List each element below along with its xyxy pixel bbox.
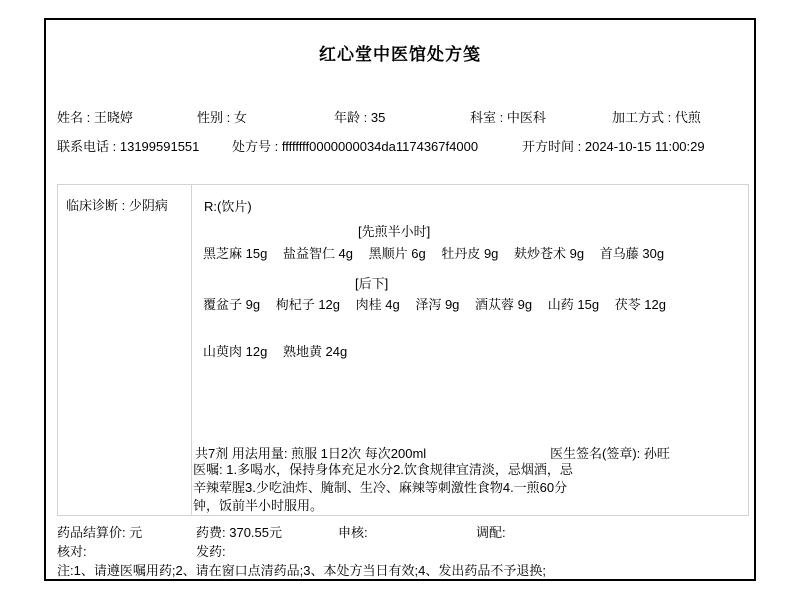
patient-gender-value: 女 <box>234 110 247 125</box>
dispense-label: 发药: <box>196 544 226 559</box>
herb-item: 茯苓 12g <box>615 297 666 312</box>
prepare-label: 调配: <box>476 525 506 540</box>
issue-time-value: 2024-10-15 11:00:29 <box>585 139 705 154</box>
medicine-fee-label: 药费: <box>196 525 229 540</box>
patient-name-value: 王晓婷 <box>94 110 133 125</box>
prepare-field: 调配: <box>476 522 506 541</box>
medical-advice-line: 钟，饭前半小时服用。 <box>193 497 663 515</box>
separator: : <box>574 139 585 154</box>
prescription-number-value: ffffffff0000000034da1174367f4000 <box>282 139 478 154</box>
decoct-first-tag: [先煎半小时] <box>358 221 430 240</box>
separator: : <box>496 110 507 125</box>
separator: : <box>360 110 371 125</box>
rx-header: R:(饮片) <box>204 196 252 215</box>
column-divider <box>191 185 192 515</box>
footnote: 注:1、请遵医嘱用药;2、请在窗口点清药品;3、本处方当日有效;4、发出药品不予… <box>57 560 546 579</box>
herb-line-3: 山萸肉 12g 熟地黄 24g <box>203 341 359 360</box>
herb-item: 山萸肉 12g <box>203 344 267 359</box>
medicine-fee: 药费: 370.55元 <box>196 522 282 541</box>
separator: : <box>664 110 675 125</box>
settlement-price: 药品结算价: 元 <box>57 522 142 541</box>
dispense-field: 发药: <box>196 541 226 560</box>
patient-gender: 性别 : 女 <box>197 107 247 126</box>
herb-item: 黑顺片 6g <box>369 246 426 261</box>
review-label: 申核: <box>338 525 368 540</box>
separator: : <box>83 110 94 125</box>
herb-item: 泽泻 9g <box>415 297 459 312</box>
patient-name-label: 姓名 <box>57 110 83 125</box>
usage-instructions: 共7剂 用法用量: 煎服 1日2次 每次200ml <box>195 443 426 462</box>
herb-item: 牡丹皮 9g <box>441 246 498 261</box>
prescription-number-label: 处方号 <box>232 139 271 154</box>
patient-department-value: 中医科 <box>507 110 546 125</box>
clinical-diagnosis: 临床诊断 : 少阴病 <box>66 195 168 214</box>
doctor-signature-value: 孙旺 <box>644 446 670 461</box>
separator: : <box>118 198 129 213</box>
verify-field: 核对: <box>57 541 87 560</box>
herb-item: 酒苁蓉 9g <box>475 297 532 312</box>
herb-item: 枸杞子 12g <box>276 297 340 312</box>
review-field: 申核: <box>338 522 368 541</box>
prescription-sheet: 红心堂中医馆处方笺 姓名 : 王晓婷 性别 : 女 年龄 : 35 科室 : 中… <box>44 18 756 581</box>
settlement-price-value: 元 <box>129 525 142 540</box>
patient-age-value: 35 <box>371 110 385 125</box>
herb-item: 黑芝麻 15g <box>203 246 267 261</box>
herb-item: 肉桂 4g <box>356 297 400 312</box>
herb-item: 山药 15g <box>548 297 599 312</box>
processing-method-label: 加工方式 <box>612 110 664 125</box>
prescription-page: 红心堂中医馆处方笺 姓名 : 王晓婷 性别 : 女 年龄 : 35 科室 : 中… <box>0 0 800 600</box>
settlement-price-label: 药品结算价: <box>57 525 129 540</box>
herb-line-2: 覆盆子 9g 枸杞子 12g 肉桂 4g 泽泻 9g 酒苁蓉 9g 山药 15g… <box>203 294 678 313</box>
clinical-diagnosis-value: 少阴病 <box>129 198 168 213</box>
separator: : <box>109 139 120 154</box>
issue-time-label: 开方时间 <box>522 139 574 154</box>
processing-method-value: 代煎 <box>675 110 701 125</box>
separator: : <box>223 110 234 125</box>
doctor-signature-label: 医生签名(签章): <box>550 446 644 461</box>
add-later-tag: [后下] <box>355 273 388 292</box>
medical-advice: 医嘱: 1.多喝水，保持身体充足水分2.饮食规律宜清淡，忌烟酒，忌 辛辣荤腥3.… <box>193 461 663 515</box>
medicine-fee-value: 370.55元 <box>229 525 282 540</box>
patient-age-label: 年龄 <box>334 110 360 125</box>
prescription-number: 处方号 : ffffffff0000000034da1174367f4000 <box>232 136 478 155</box>
verify-label: 核对: <box>57 544 87 559</box>
clinical-diagnosis-label: 临床诊断 <box>66 198 118 213</box>
patient-gender-label: 性别 <box>197 110 223 125</box>
herb-item: 盐益智仁 4g <box>283 246 353 261</box>
herb-item: 熟地黄 24g <box>283 344 347 359</box>
patient-age: 年龄 : 35 <box>334 107 385 126</box>
herb-item: 覆盆子 9g <box>203 297 260 312</box>
contact-phone: 联系电话 : 13199591551 <box>57 136 199 155</box>
processing-method: 加工方式 : 代煎 <box>612 107 701 126</box>
contact-phone-label: 联系电话 <box>57 139 109 154</box>
contact-phone-value: 13199591551 <box>120 139 200 154</box>
medical-advice-line: 医嘱: 1.多喝水，保持身体充足水分2.饮食规律宜清淡，忌烟酒，忌 <box>193 461 663 479</box>
separator: : <box>271 139 282 154</box>
page-title: 红心堂中医馆处方笺 <box>46 40 754 65</box>
herb-item: 首乌藤 30g <box>600 246 664 261</box>
patient-department-label: 科室 <box>470 110 496 125</box>
prescription-table: 临床诊断 : 少阴病 R:(饮片) [先煎半小时] 黑芝麻 15g 盐益智仁 4… <box>57 184 749 516</box>
herb-item: 麸炒苍术 9g <box>514 246 584 261</box>
herb-line-1: 黑芝麻 15g 盐益智仁 4g 黑顺片 6g 牡丹皮 9g 麸炒苍术 9g 首乌… <box>203 243 676 262</box>
medical-advice-line: 辛辣荤腥3.少吃油炸、腌制、生冷、麻辣等刺激性食物4.一煎60分 <box>193 479 663 497</box>
issue-time: 开方时间 : 2024-10-15 11:00:29 <box>522 136 705 155</box>
doctor-signature: 医生签名(签章): 孙旺 <box>550 443 670 462</box>
patient-department: 科室 : 中医科 <box>470 107 546 126</box>
patient-name: 姓名 : 王晓婷 <box>57 107 133 126</box>
